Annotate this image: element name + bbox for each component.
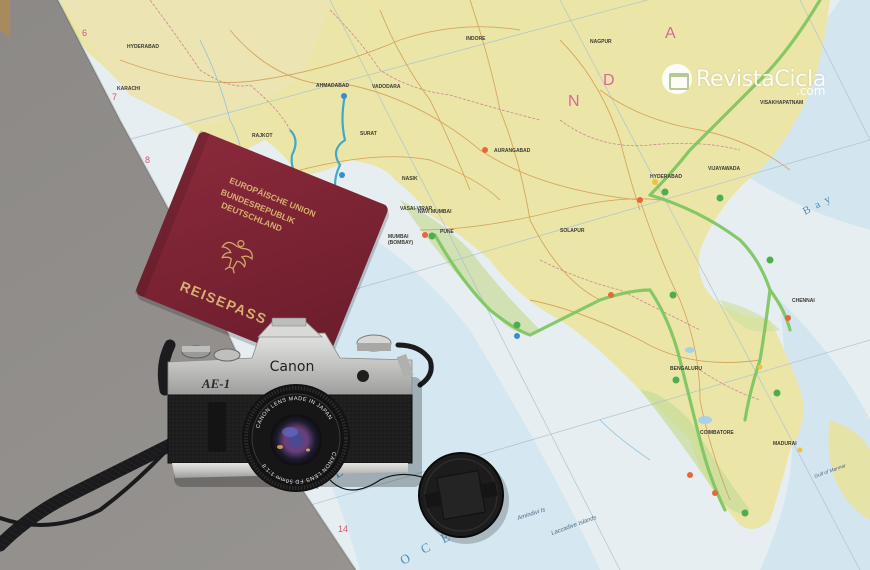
svg-text:NAGPUR: NAGPUR	[590, 39, 612, 45]
svg-text:VADODARA: VADODARA	[372, 84, 401, 90]
svg-text:14: 14	[338, 524, 348, 534]
svg-text:NAVI MUMBAI: NAVI MUMBAI	[418, 209, 452, 215]
svg-text:INDORE: INDORE	[466, 36, 486, 42]
svg-text:CHENNAI: CHENNAI	[792, 298, 815, 304]
svg-text:KARACHI: KARACHI	[117, 86, 141, 92]
svg-text:6: 6	[82, 28, 87, 38]
svg-text:A: A	[665, 25, 676, 42]
svg-text:VISAKHAPATNAM: VISAKHAPATNAM	[760, 100, 803, 106]
svg-text:N: N	[568, 93, 580, 110]
svg-text:BENGALURU: BENGALURU	[670, 366, 702, 372]
svg-text:7: 7	[112, 92, 117, 102]
svg-text:8: 8	[145, 155, 150, 165]
svg-text:MADURAI: MADURAI	[773, 441, 797, 447]
camera-lens: CANON LENS MADE IN JAPAN CANON LENS FD 5…	[242, 384, 350, 492]
svg-text:SURAT: SURAT	[360, 131, 377, 137]
svg-text:SOLAPUR: SOLAPUR	[560, 228, 585, 234]
svg-text:AURANGABAD: AURANGABAD	[494, 148, 531, 154]
camera-model-text: AE-1	[201, 376, 230, 391]
svg-text:HYDERABAD: HYDERABAD	[127, 44, 159, 50]
svg-text:COIMBATORE: COIMBATORE	[700, 430, 734, 436]
svg-text:AHMADABAD: AHMADABAD	[316, 83, 349, 89]
svg-text:(BOMBAY): (BOMBAY)	[388, 240, 413, 246]
svg-text:PUNE: PUNE	[440, 229, 455, 235]
camera-brand-text: Canon	[270, 359, 315, 375]
watermark: RevistaCicla .com	[662, 64, 826, 94]
brand-logo-icon	[662, 64, 692, 94]
svg-text:HYDERABAD: HYDERABAD	[650, 174, 682, 180]
svg-text:NASIK: NASIK	[402, 176, 418, 182]
svg-text:D: D	[603, 72, 615, 89]
svg-text:VIJAYAWADA: VIJAYAWADA	[708, 166, 741, 172]
watermark-domain: .com	[796, 84, 825, 98]
svg-text:RAJKOT: RAJKOT	[252, 133, 273, 139]
